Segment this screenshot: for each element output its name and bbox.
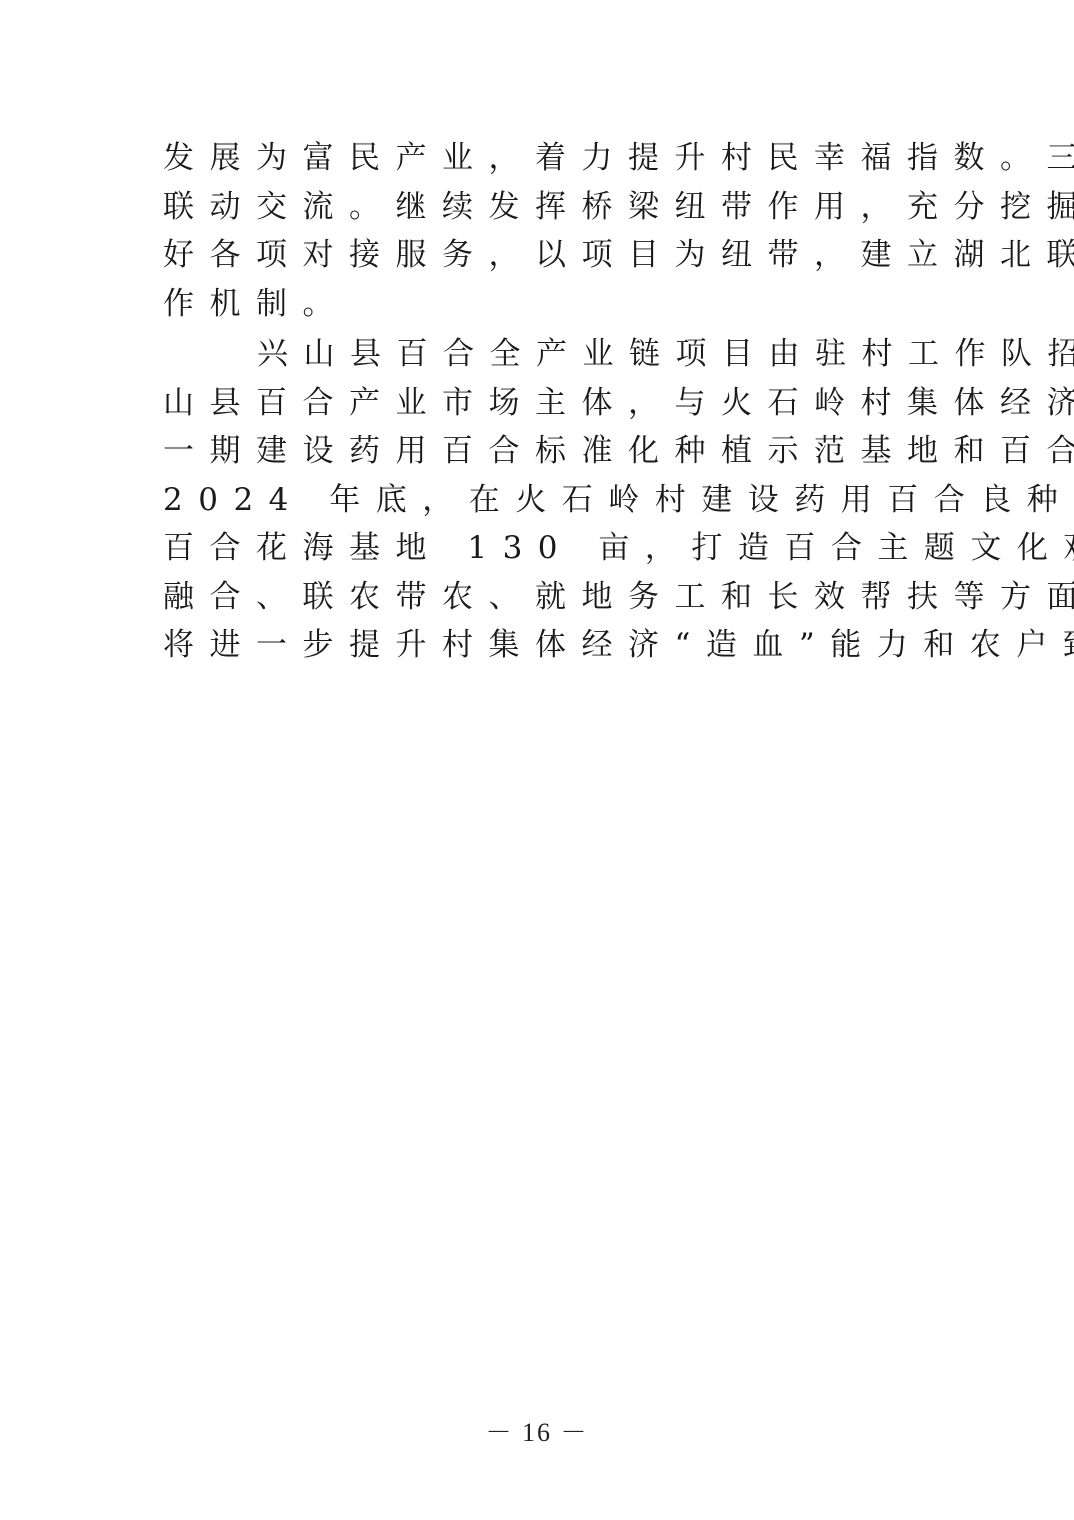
text-line: 作机制。 — [163, 280, 915, 329]
text-line: 发展为富民产业，着力提升村民幸福指数。三要进一步加强企县 — [163, 134, 915, 183]
body-text: 发展为富民产业，着力提升村民幸福指数。三要进一步加强企县 联动交流。继续发挥桥梁… — [163, 134, 915, 670]
text-line: 将进一步提升村集体经济“造血”能力和农户致富增收。 — [163, 621, 915, 670]
paragraph-2: 兴山县百合全产业链项目由驻村工作队招商引进湖南省龙 山县百合产业市场主体，与火石… — [163, 330, 915, 670]
text-line: 融合、联农带农、就地务工和长效帮扶等方面具有示范带动作用， — [163, 573, 915, 622]
page-number: － 16 － — [0, 1412, 1074, 1449]
text-line: 山县百合产业市场主体，与火石岭村集体经济合作社股权合作。 — [163, 379, 915, 428]
text-line: 兴山县百合全产业链项目由驻村工作队招商引进湖南省龙 — [163, 330, 915, 379]
text-line: 好各项对接服务，以项目为纽带，建立湖北联投与兴山县长效合 — [163, 231, 915, 280]
text-line: 联动交流。继续发挥桥梁纽带作用，充分挖掘企地合作潜力，做 — [163, 183, 915, 232]
text-line: 百合花海基地 130 亩，打造百合主题文化观光园。该项目在三产 — [163, 524, 915, 573]
document-page: 发展为富民产业，着力提升村民幸福指数。三要进一步加强企县 联动交流。继续发挥桥梁… — [0, 0, 1074, 1520]
paragraph-1: 发展为富民产业，着力提升村民幸福指数。三要进一步加强企县 联动交流。继续发挥桥梁… — [163, 134, 915, 328]
text-line: 一期建设药用百合标准化种植示范基地和百合花海文旅项目，至 — [163, 427, 915, 476]
text-line: 2024 年底，在火石岭村建设药用百合良种繁育基地 100 余亩和 — [163, 476, 915, 525]
